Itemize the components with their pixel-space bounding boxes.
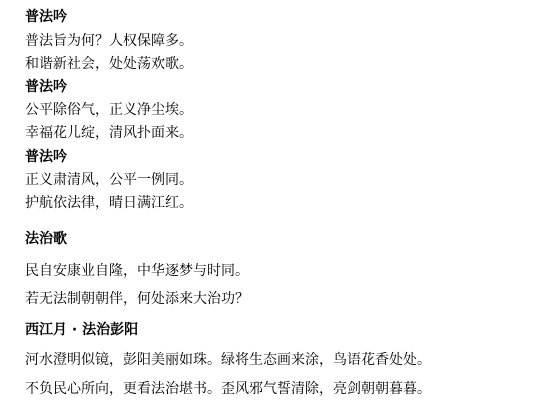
poem-line: 护航依法律，晴日满江红。 [25,194,193,212]
poem-line: 幸福花儿绽，清风扑面来。 [25,124,193,142]
poem-title: 普法吟 [25,8,67,26]
poem-line: 正义肃清风，公平一例同。 [25,171,193,189]
poem-line: 和谐新社会，处处荡欢歌。 [25,55,193,73]
poem-line: 河水澄明似镜，彭阳美丽如珠。绿将生态画来涂，鸟语花香处处。 [25,351,431,369]
poem-line: 公平除俗气，正义净尘埃。 [25,101,193,119]
poem-line: 不负民心所向，更看法治堪书。歪风邪气誓清除，亮剑朝朝暮暮。 [25,380,431,398]
poem-title: 普法吟 [25,78,67,96]
poem-line: 民自安康业自隆，中华逐梦与时同。 [25,262,249,280]
poem-title: 普法吟 [25,148,67,166]
poem-line: 普法旨为何？人权保障多。 [25,32,193,50]
poem-line: 若无法制朝朝伴，何处添来大治功？ [25,290,249,308]
poem-title: 西江月 · 法治彭阳 [25,321,138,339]
poem-title: 法治歌 [25,230,67,248]
